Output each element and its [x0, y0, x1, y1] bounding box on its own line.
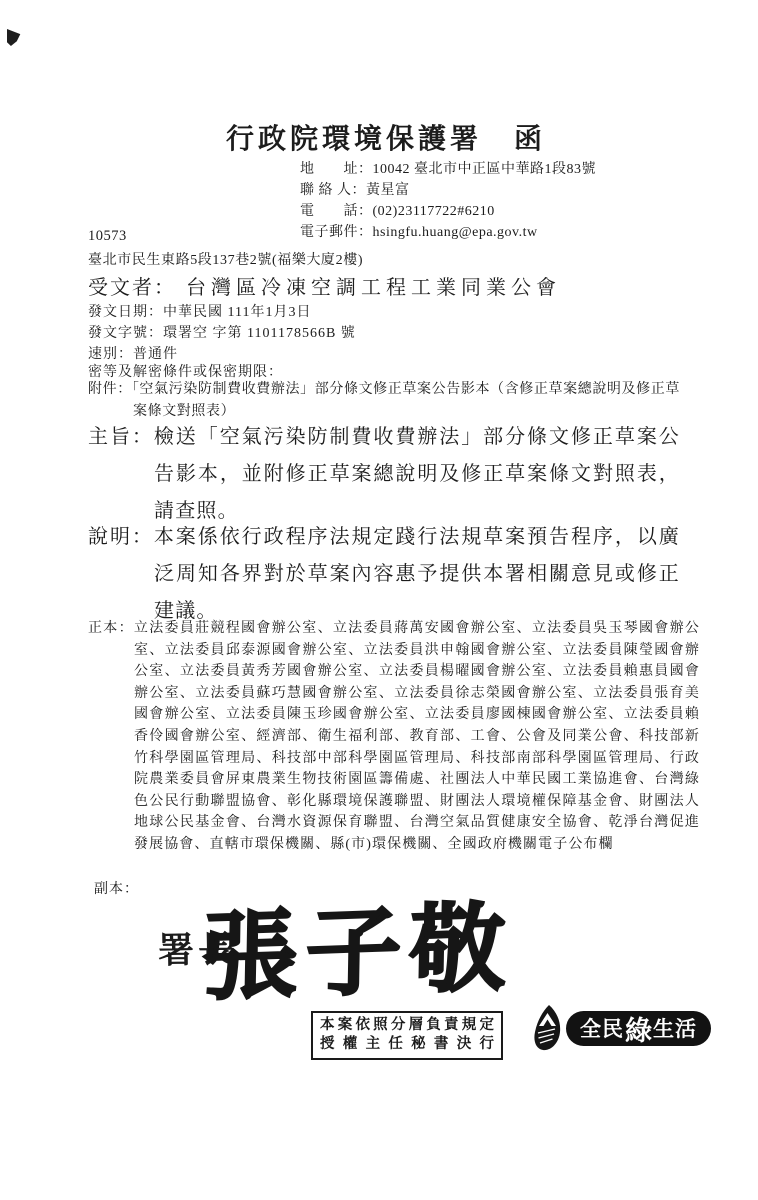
logo-text-part1: 全民 [580, 1013, 624, 1043]
original-recipients-paragraph: 正本：立法委員莊競程國會辦公室、立法委員蔣萬安國會辦公室、立法委員吳玉琴國會辦公… [88, 618, 700, 856]
issue-date-line: 發文日期：中華民國 111年1月3日 [88, 301, 311, 321]
stamp-line-1: 本案依照分層負責規定 [320, 1016, 494, 1035]
attachment-label: 附件： [88, 382, 132, 397]
signer-name-signature: 張子敬 [201, 871, 515, 1019]
document-title: 行政院環境保護署 函 [0, 117, 758, 157]
doc-number-line: 發文字號：環署空 字第 1101178566B 號 [88, 322, 356, 342]
sender-address-label: 地 址： [300, 162, 373, 177]
green-life-logo-pill: 全民綠生活 [566, 1011, 711, 1046]
sender-person-value: 黃星富 [366, 183, 410, 198]
leaf-icon [534, 1005, 561, 1051]
sender-person-label: 聯 絡 人： [300, 183, 366, 198]
doc-number-label: 發文字號： [88, 326, 163, 341]
subject-paragraph: 主旨：檢送「空氣污染防制費收費辦法」部分條文修正草案公告影本，並附修正草案總說明… [88, 419, 680, 530]
sender-email-value: hsingfu.huang@epa.gov.tw [373, 225, 538, 240]
issue-date-label: 發文日期： [88, 305, 163, 320]
description-label: 說明： [88, 526, 154, 548]
green-life-logo: 全民綠生活 [534, 1005, 711, 1051]
sender-email-line: 電子郵件：hsingfu.huang@epa.gov.tw [300, 222, 596, 243]
sender-phone-value: (02)23117722#6210 [373, 204, 495, 219]
speed-value: 普通件 [133, 347, 178, 362]
description-paragraph: 說明：本案係依行政程序法規定踐行法規草案預告程序，以廣泛周知各界對於草案內容惠予… [88, 519, 680, 630]
speed-label: 速別： [88, 347, 133, 362]
logo-text-green: 綠 [624, 1009, 653, 1048]
recipient-mail-address: 臺北市民生東路5段137巷2號(福樂大廈2樓) [88, 249, 363, 269]
issue-date-value: 中華民國 111年1月3日 [163, 305, 311, 320]
sender-address-value: 10042 臺北市中正區中華路1段83號 [373, 162, 597, 177]
sender-contact-block: 地 址：10042 臺北市中正區中華路1段83號 聯 絡 人：黃星富 電 話：(… [300, 159, 596, 243]
scan-corner-artifact [7, 29, 21, 46]
attachment-value: 「空氣污染防制費收費辦法」部分條文修正草案公告影本（含修正草案總說明及修正草案條… [132, 382, 680, 419]
sender-phone-line: 電 話：(02)23117722#6210 [300, 201, 596, 222]
original-text: 立法委員莊競程國會辦公室、立法委員蔣萬安國會辦公室、立法委員吳玉琴國會辦公室、立… [134, 621, 700, 852]
doc-number-value: 環署空 字第 1101178566B 號 [163, 326, 356, 341]
recipient-name: 台灣區冷凍空調工程工業同業公會 [186, 277, 561, 299]
logo-text-part2: 生活 [653, 1013, 697, 1043]
attachment-paragraph: 附件：「空氣污染防制費收費辦法」部分條文修正草案公告影本（含修正草案總說明及修正… [88, 379, 680, 422]
security-line: 密等及解密條件或保密期限： [88, 361, 283, 381]
stamp-line-2: 授權主任秘書決行 [320, 1035, 494, 1054]
original-label: 正本： [88, 621, 134, 636]
recipient-label: 受文者： [88, 277, 176, 299]
subject-label: 主旨： [88, 426, 154, 448]
subject-text: 檢送「空氣污染防制費收費辦法」部分條文修正草案公告影本，並附修正草案總說明及修正… [154, 426, 680, 522]
sender-email-label: 電子郵件： [300, 225, 373, 240]
sender-phone-label: 電 話： [300, 204, 373, 219]
recipient-postal-code: 10573 [88, 228, 127, 245]
scanned-letter-page: 行政院環境保護署 函 地 址：10042 臺北市中正區中華路1段83號 聯 絡 … [0, 0, 758, 1200]
sender-address-line: 地 址：10042 臺北市中正區中華路1段83號 [300, 159, 596, 180]
delegation-stamp-box: 本案依照分層負責規定 授權主任秘書決行 [311, 1011, 503, 1060]
recipient-line: 受文者：台灣區冷凍空調工程工業同業公會 [88, 271, 561, 300]
sender-person-line: 聯 絡 人：黃星富 [300, 180, 596, 201]
copy-recipients-label: 副本： [94, 878, 139, 898]
description-text: 本案係依行政程序法規定踐行法規草案預告程序，以廣泛周知各界對於草案內容惠予提供本… [154, 526, 680, 622]
speed-line: 速別：普通件 [88, 343, 178, 363]
